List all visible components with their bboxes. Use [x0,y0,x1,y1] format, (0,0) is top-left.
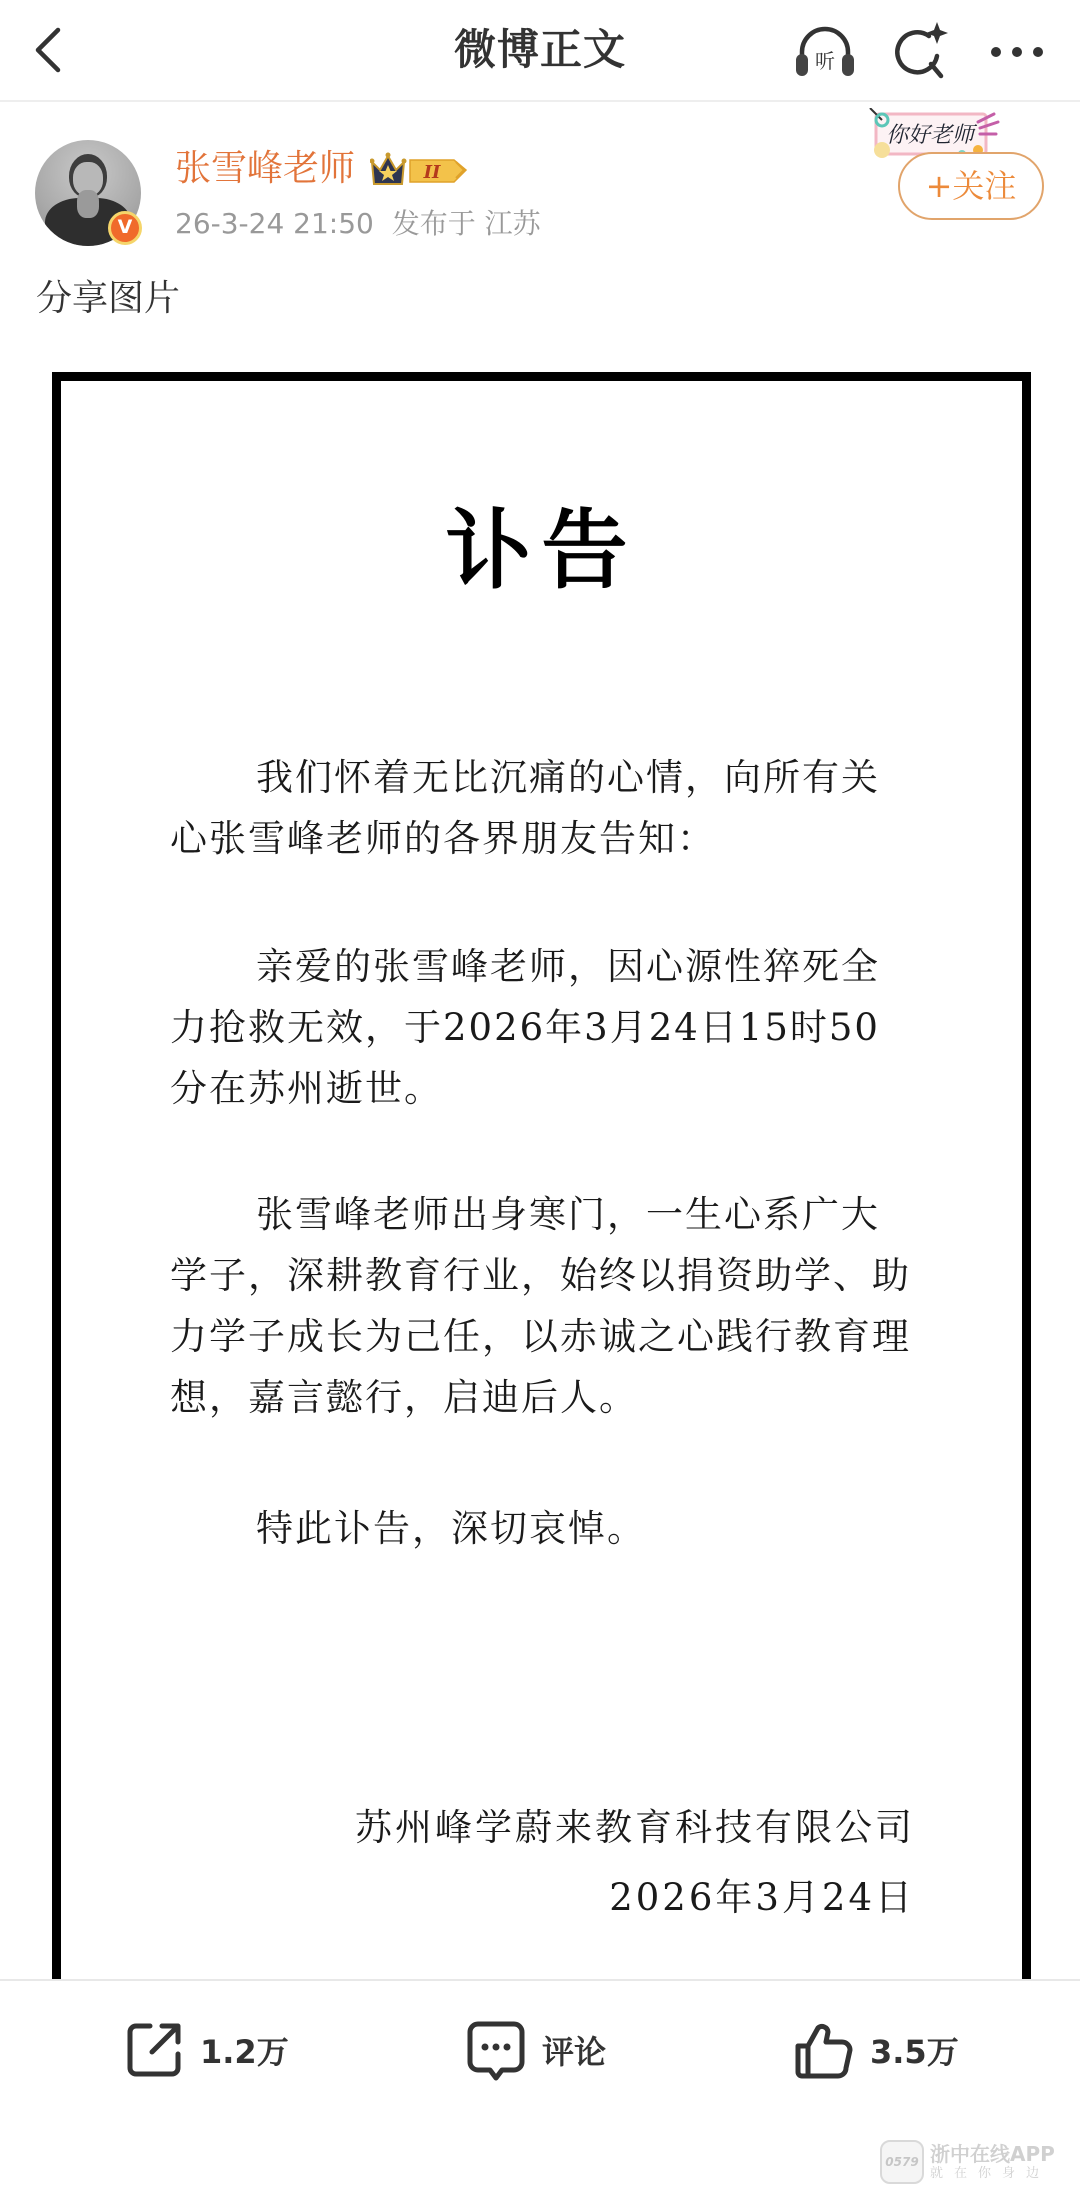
like-count: 3.5万 [870,2027,959,2073]
chevron-left-icon [22,22,78,78]
post-image-obituary[interactable]: 讣告 我们怀着无比沉痛的心情，向所有关心张雪峰老师的各界朋友告知： 亲爱的张雪峰… [52,372,1031,2072]
like-button[interactable]: 3.5万 [792,2015,959,2085]
location-prefix: 发布于 [392,207,476,240]
greeting-sticker-icon: 你好老师 [866,108,1002,158]
thumbs-up-icon [792,2018,856,2082]
share-count: 1.2万 [200,2027,289,2073]
comment-label: 评论 [542,2027,606,2073]
crown-icon: II [370,152,470,188]
svg-text:你好老师: 你好老师 [886,123,978,148]
obituary-title: 讣告 [61,501,1022,601]
watermark-title: 浙中在线APP [930,2142,1055,2166]
comment-button[interactable]: 评论 [464,2015,606,2085]
svg-text:听: 听 [815,49,835,73]
verified-badge: V [108,211,142,245]
watermark-logo-icon: 0579 [880,2140,924,2184]
greeting-sticker: 你好老师 [866,108,1002,158]
listen-button[interactable]: 听 [790,18,860,82]
obituary-signature-date: 2026年3月24日 [609,1873,915,1923]
back-button[interactable] [22,22,78,78]
follow-button[interactable]: +关注 [898,152,1044,220]
comment-icon [464,2018,528,2082]
post-timestamp: 26-3-24 21:50 [175,207,374,240]
ai-search-button[interactable] [885,18,955,82]
share-button[interactable]: 1.2万 [122,2015,289,2085]
ai-search-icon [885,18,955,82]
obituary-paragraph-1: 我们怀着无比沉痛的心情，向所有关心张雪峰老师的各界朋友告知： [170,747,915,869]
obituary-paragraph-2: 亲爱的张雪峰老师，因心源性猝死全力抢救无效，于2026年3月24日15时50分在… [170,936,915,1119]
more-options-button[interactable] [982,18,1052,82]
obituary-signature-company: 苏州峰学蔚来教育科技有限公司 [355,1803,915,1853]
headphones-listen-icon: 听 [790,18,860,82]
post-location: 江苏 [485,207,541,240]
watermark: 0579 浙中在线APP 就在你身边 [880,2138,1075,2186]
watermark-slogan: 就在你身边 [930,2166,1055,2182]
post-text: 分享图片 [36,276,180,322]
vip-crown-badge[interactable]: II [370,152,470,188]
top-nav-bar: 微博正文 听 [0,0,1080,102]
svg-text:II: II [423,162,441,183]
author-name[interactable]: 张雪峰老师 [175,147,355,191]
obituary-paragraph-4: 特此讣告，深切哀悼。 [170,1498,915,1559]
share-icon [122,2018,186,2082]
post-meta: 26-3-24 21:50 发布于 江苏 [175,205,541,243]
obituary-paragraph-3: 张雪峰老师出身寒门，一生心系广大学子，深耕教育行业，始终以捐资助学、助力学子成长… [170,1184,915,1428]
more-horizontal-icon [982,18,1052,82]
